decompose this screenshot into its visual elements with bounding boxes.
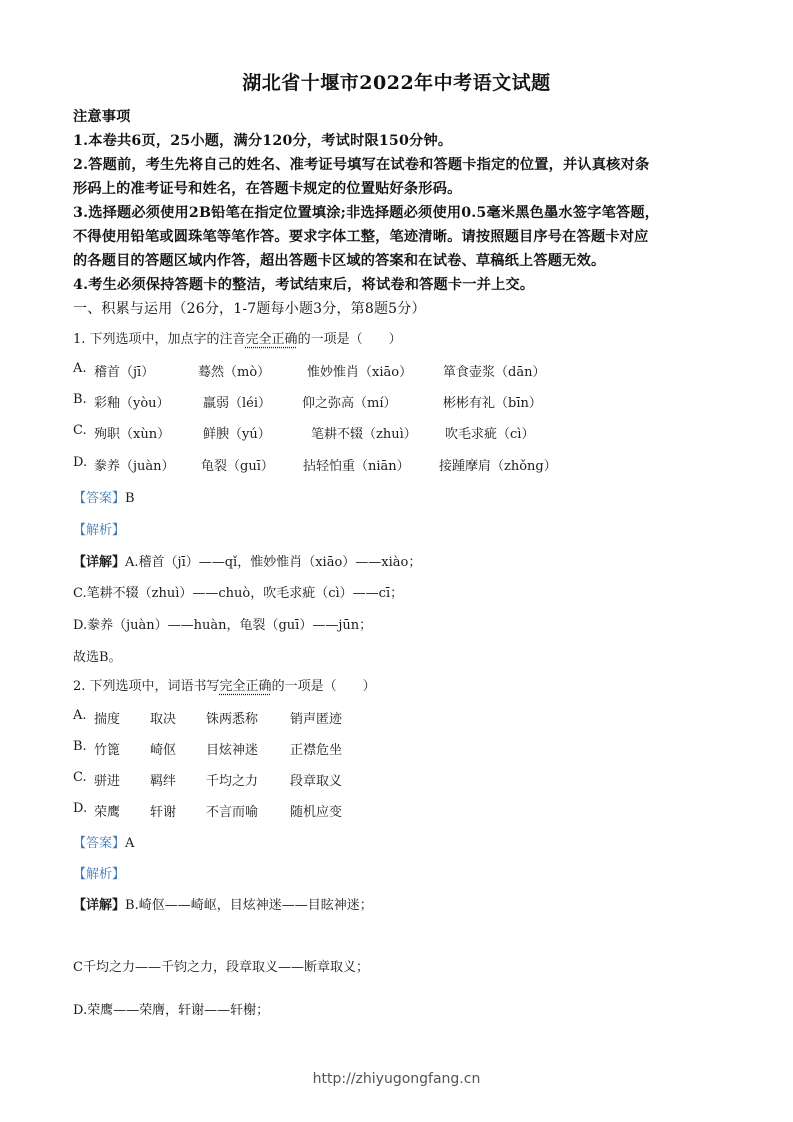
stem-text: 的一项是（ ） <box>298 332 402 347</box>
question-2-stem: 2. 下列选项中，词语书写完全正确的一项是（ ） <box>73 675 376 694</box>
answer-value: B <box>125 491 135 506</box>
question-2-analysis: 【解析】 <box>73 863 125 882</box>
option-item: 竹篦 <box>94 739 120 758</box>
detail-text: B.崎伛——崎岖，目炫神迷——目眩神迷； <box>125 898 373 913</box>
option-item: 正襟危坐 <box>290 739 342 758</box>
option-item: 彬彬有礼（bīn） <box>443 392 542 411</box>
option-item: 铢两悉称 <box>206 708 258 727</box>
option-label: A. <box>73 361 87 376</box>
stem-text: 1. 下列选项中，加点字的注音 <box>73 332 246 347</box>
notice-item: 2.答题前，考生先将自己的姓名、准考证号填写在试卷和答题卡指定的位置，并认真核对… <box>73 154 649 174</box>
option-item: 千均之力 <box>206 770 258 789</box>
option-item: 目炫神迷 <box>206 739 258 758</box>
analysis-tag: 【解析】 <box>73 867 125 882</box>
option-item: 骈进 <box>94 770 120 789</box>
option-label: A. <box>73 708 87 723</box>
notice-heading: 注意事项 <box>73 106 131 126</box>
section-heading: 一、积累与运用（26分，1-7题每小题3分，第8题5分） <box>73 298 426 318</box>
option-item: 拈轻怕重（niān） <box>303 455 410 474</box>
option-item: 羁绊 <box>150 770 176 789</box>
option-label: D. <box>73 455 87 470</box>
option-item: 箪食壶浆（dān） <box>443 361 545 380</box>
answer-value: A <box>125 836 134 851</box>
option-item: 取决 <box>150 708 176 727</box>
footer-url: http://zhiyugongfang.cn <box>0 1071 793 1087</box>
option-item: 羸弱（léi） <box>203 392 271 411</box>
option-item: 殉职（xùn） <box>94 423 170 442</box>
question-1-stem: 1. 下列选项中，加点字的注音完全正确的一项是（ ） <box>73 328 402 347</box>
option-item: 吹毛求疵（cì） <box>445 423 534 442</box>
dotted-emphasis: 完全正确 <box>220 679 272 694</box>
answer-tag: 【答案】 <box>73 836 125 851</box>
option-item: 随机应变 <box>290 801 342 820</box>
notice-item: 不得使用铅笔或圆珠笔等笔作答。要求字体工整，笔迹清晰。请按照题目序号在答题卡对应 <box>73 226 649 246</box>
answer-tag: 【答案】 <box>73 491 125 506</box>
option-item: 揣度 <box>94 708 120 727</box>
option-item: 荣鹰 <box>94 801 120 820</box>
option-item: 段章取义 <box>290 770 342 789</box>
stem-text: 的一项是（ ） <box>272 679 376 694</box>
question-2-answer: 【答案】A <box>73 832 134 851</box>
option-item: 仰之弥高（mí） <box>302 392 397 411</box>
option-item: 稽首（jī） <box>94 361 154 380</box>
option-label: B. <box>73 739 87 754</box>
detail-tag: 【详解】 <box>73 898 125 913</box>
option-item: 接踵摩肩（zhǒng） <box>439 455 557 474</box>
option-item: 豢养（juàn） <box>94 455 175 474</box>
option-item: 轩谢 <box>150 801 176 820</box>
option-item: 蓦然（mò） <box>198 361 270 380</box>
detail-tag: 【详解】 <box>73 555 125 570</box>
analysis-tag: 【解析】 <box>73 523 125 538</box>
question-1-answer: 【答案】B <box>73 487 135 506</box>
option-label: C. <box>73 770 87 785</box>
option-item: 彩釉（yòu） <box>94 392 170 411</box>
option-item: 不言而喻 <box>206 801 258 820</box>
option-item: 惟妙惟肖（xiāo） <box>307 361 412 380</box>
option-label: C. <box>73 423 87 438</box>
question-1-analysis: 【解析】 <box>73 519 125 538</box>
dotted-emphasis: 完全正确 <box>246 332 298 347</box>
stem-text: 2. 下列选项中，词语书写 <box>73 679 220 694</box>
option-item: 鲜腴（yú） <box>203 423 271 442</box>
option-item: 笔耕不辍（zhuì） <box>311 423 417 442</box>
page-title: 湖北省十堰市2022年中考语文试题 <box>0 68 793 95</box>
option-item: 崎伛 <box>150 739 176 758</box>
question-2-detail: D.荣鹰——荣膺，轩谢——轩榭； <box>73 999 269 1018</box>
question-1-detail: D.豢养（juàn）——huàn，龟裂（guī）——jūn； <box>73 614 372 633</box>
question-2-detail: 【详解】B.崎伛——崎岖，目炫神迷——目眩神迷； <box>73 894 373 913</box>
notice-item: 1.本卷共6页，25小题，满分120分，考试时限150分钟。 <box>73 130 452 150</box>
notice-item: 的各题目的答题区域内作答，超出答题卡区域的答案和在试卷、草稿纸上答题无效。 <box>73 250 605 270</box>
question-1-detail: C.笔耕不辍（zhuì）——chuò，吹毛求疵（cì）——cī； <box>73 582 403 601</box>
option-label: D. <box>73 801 87 816</box>
notice-item: 4.考生必须保持答题卡的整洁，考试结束后，将试卷和答题卡一并上交。 <box>73 274 534 294</box>
notice-item: 形码上的准考证号和姓名，在答题卡规定的位置贴好条形码。 <box>73 178 461 198</box>
question-1-conclusion: 故选B。 <box>73 646 122 665</box>
exam-page: 湖北省十堰市2022年中考语文试题 注意事项 1.本卷共6页，25小题，满分12… <box>0 0 793 1122</box>
question-2-detail: C千均之力——千钧之力，段章取义——断章取义； <box>73 956 369 975</box>
detail-text: A.稽首（jī）——qǐ，惟妙惟肖（xiāo）——xiào； <box>125 555 421 570</box>
notice-item: 3.选择题必须使用2B铅笔在指定位置填涂;非选择题必须使用0.5毫米黑色墨水签字… <box>73 202 659 222</box>
option-item: 销声匿迹 <box>290 708 342 727</box>
question-1-detail: 【详解】A.稽首（jī）——qǐ，惟妙惟肖（xiāo）——xiào； <box>73 551 421 570</box>
option-label: B. <box>73 392 87 407</box>
option-item: 龟裂（guī） <box>201 455 274 474</box>
